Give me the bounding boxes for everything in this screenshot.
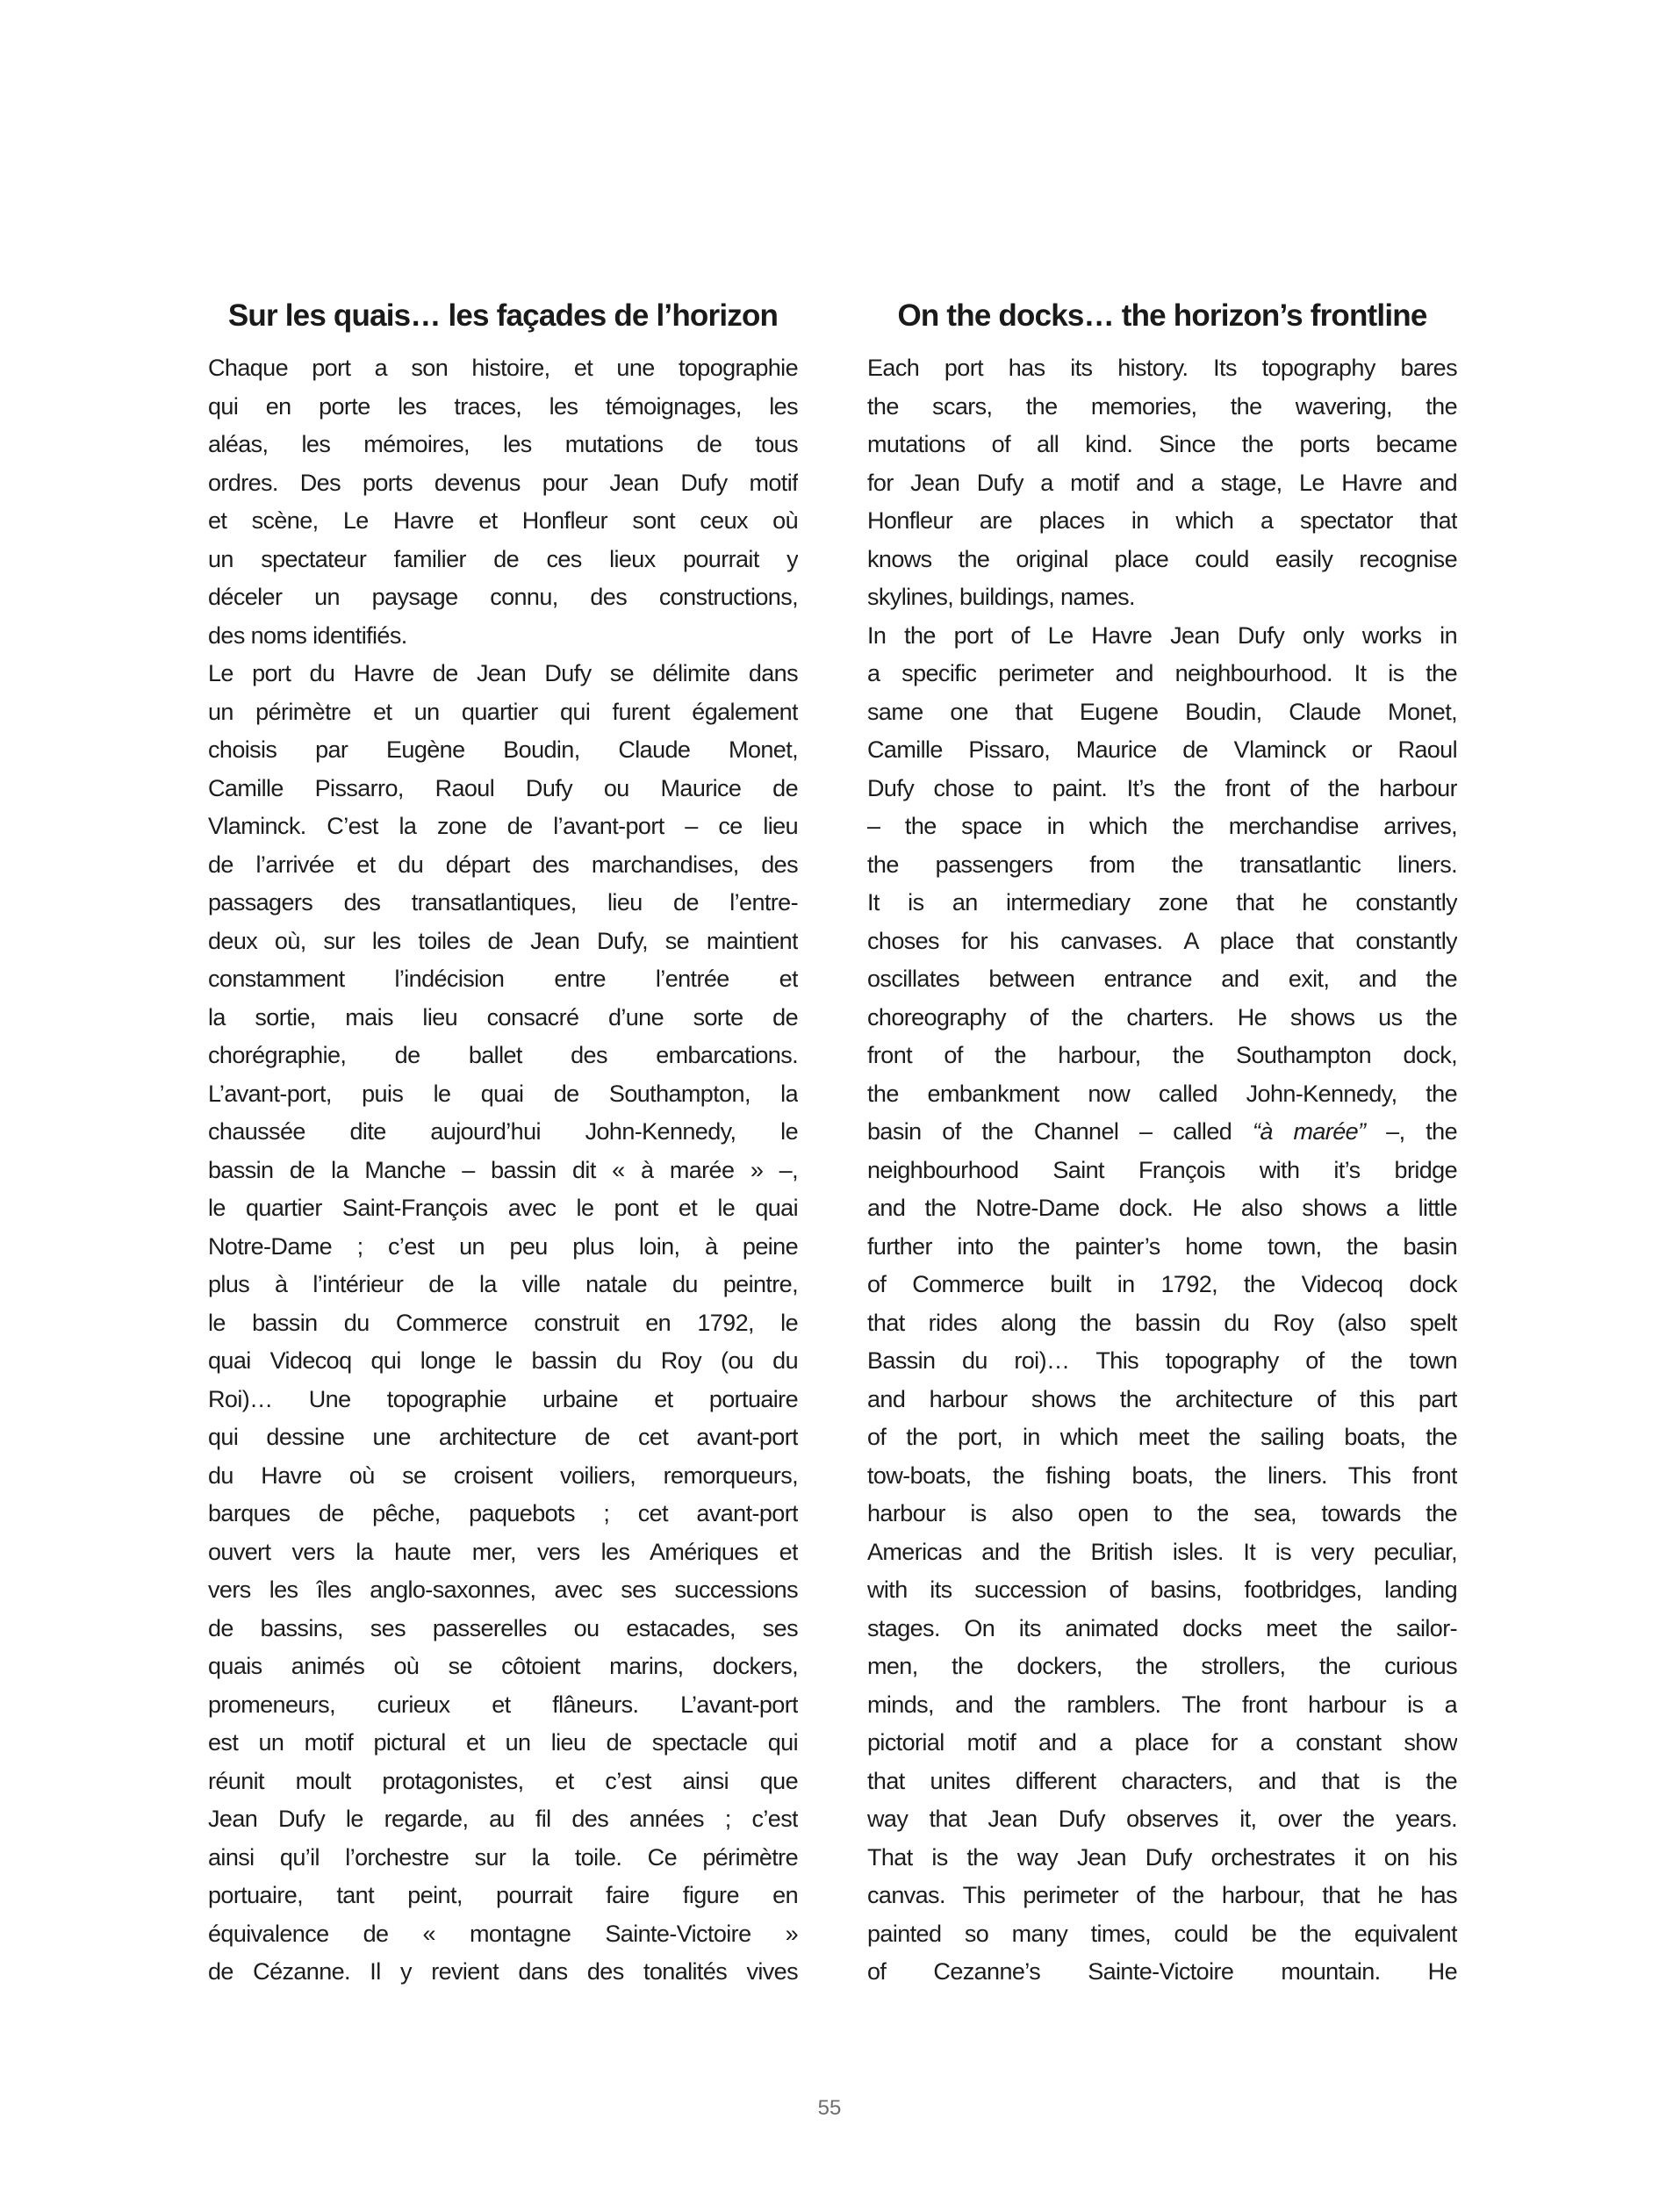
text-line: passagers des transatlantiques, lieu de … [208, 884, 798, 923]
text-line: – the space in which the merchandise arr… [867, 808, 1457, 846]
text-line: the scars, the memories, the wavering, t… [867, 388, 1457, 427]
text-line: mutations of all kind. Since the ports b… [867, 426, 1457, 464]
text-line: équivalence de « montagne Sainte-Victoir… [208, 1915, 798, 1954]
text-line: et scène, Le Havre et Honfleur sont ceux… [208, 502, 798, 541]
text-line: qui dessine une architecture de cet avan… [208, 1418, 798, 1457]
text-line: Camille Pissaro, Maurice de Vlaminck or … [867, 731, 1457, 770]
text-line: neighbourhood Saint François with it’s b… [867, 1152, 1457, 1190]
text-line: chaussée dite aujourd’hui John-Kennedy, … [208, 1113, 798, 1152]
text-line: réunit moult protagonistes, et c’est ain… [208, 1763, 798, 1801]
text-line: way that Jean Dufy observes it, over the… [867, 1800, 1457, 1839]
text-line: basin of the Channel – called “à marée” … [867, 1113, 1457, 1152]
text-line: du Havre où se croisent voiliers, remorq… [208, 1457, 798, 1496]
text-line: Bassin du roi)… This topography of the t… [867, 1342, 1457, 1381]
text-line: Honfleur are places in which a spectator… [867, 502, 1457, 541]
text-line: same one that Eugene Boudin, Claude Mone… [867, 693, 1457, 732]
text-line: ordres. Des ports devenus pour Jean Dufy… [208, 464, 798, 503]
text-line: un spectateur familier de ces lieux pour… [208, 541, 798, 579]
text-line: vers les îles anglo-saxonnes, avec ses s… [208, 1571, 798, 1610]
french-text-column: Chaque port a son histoire, et une topog… [208, 349, 798, 1992]
text-line: Notre-Dame ; c’est un peu plus loin, à p… [208, 1228, 798, 1267]
text-line: déceler un paysage connu, des constructi… [208, 578, 798, 617]
text-line: de bassins, ses passerelles ou estacades… [208, 1610, 798, 1648]
text-line: des noms identifiés. [208, 617, 798, 656]
text-line: deux où, sur les toiles de Jean Dufy, se… [208, 923, 798, 961]
text-line: of the port, in which meet the sailing b… [867, 1418, 1457, 1457]
text-line: plus à l’intérieur de la ville natale du… [208, 1266, 798, 1304]
text-line: barques de pêche, paquebots ; cet avant-… [208, 1495, 798, 1533]
text-line: the passengers from the transatlantic li… [867, 846, 1457, 885]
text-line: le bassin du Commerce construit en 1792,… [208, 1304, 798, 1343]
text-line: L’avant-port, puis le quai de Southampto… [208, 1075, 798, 1114]
text-line: choisis par Eugène Boudin, Claude Monet, [208, 731, 798, 770]
text-line: chorégraphie, de ballet des embarcations… [208, 1037, 798, 1075]
text-line: de l’arrivée et du départ des marchandis… [208, 846, 798, 885]
text-line: pictorial motif and a place for a consta… [867, 1724, 1457, 1763]
text-line: choses for his canvases. A place that co… [867, 923, 1457, 961]
text-line: qui en porte les traces, les témoignages… [208, 388, 798, 427]
french-section-heading: Sur les quais… les façades de l’horizon [208, 294, 798, 338]
text-line: Jean Dufy le regarde, au fil des années … [208, 1800, 798, 1839]
text-line: that unites different characters, and th… [867, 1763, 1457, 1801]
text-line: oscillates between entrance and exit, an… [867, 960, 1457, 999]
text-line: stages. On its animated docks meet the s… [867, 1610, 1457, 1648]
text-line: Roi)… Une topographie urbaine et portuai… [208, 1381, 798, 1419]
text-line: portuaire, tant peint, pourrait faire fi… [208, 1877, 798, 1915]
italic-phrase: “à marée” [1253, 1118, 1366, 1145]
text-line: tow-boats, the fishing boats, the liners… [867, 1457, 1457, 1496]
text-line: le quartier Saint-François avec le pont … [208, 1189, 798, 1228]
page-number: 55 [0, 2096, 1659, 2121]
text-line: choreography of the charters. He shows u… [867, 999, 1457, 1038]
text-line: the embankment now called John-Kennedy, … [867, 1075, 1457, 1114]
text-line: for Jean Dufy a motif and a stage, Le Ha… [867, 464, 1457, 503]
text-line: and the Notre-Dame dock. He also shows a… [867, 1189, 1457, 1228]
text-line: Vlaminck. C’est la zone de l’avant-port … [208, 808, 798, 846]
english-section-heading: On the docks… the horizon’s frontline [867, 294, 1457, 338]
text-line: Americas and the British isles. It is ve… [867, 1533, 1457, 1572]
text-line: Chaque port a son histoire, et une topog… [208, 349, 798, 388]
text-line: bassin de la Manche – bassin dit « à mar… [208, 1152, 798, 1190]
text-line: ouvert vers la haute mer, vers les Améri… [208, 1533, 798, 1572]
text-line: skylines, buildings, names. [867, 578, 1457, 617]
text-line: ainsi qu’il l’orchestre sur la toile. Ce… [208, 1839, 798, 1878]
text-line: quai Videcoq qui longe le bassin du Roy … [208, 1342, 798, 1381]
text-line: constamment l’indécision entre l’entrée … [208, 960, 798, 999]
text-line: front of the harbour, the Southampton do… [867, 1037, 1457, 1075]
text-line: minds, and the ramblers. The front harbo… [867, 1686, 1457, 1725]
text-line: of Cezanne’s Sainte-Victoire mountain. H… [867, 1953, 1457, 1992]
text-line: promeneurs, curieux et flâneurs. L’avant… [208, 1686, 798, 1725]
text-line: further into the painter’s home town, th… [867, 1228, 1457, 1267]
text-line: a specific perimeter and neighbourhood. … [867, 655, 1457, 693]
text-line: It is an intermediary zone that he const… [867, 884, 1457, 923]
text-line: Le port du Havre de Jean Dufy se délimit… [208, 655, 798, 693]
text-line: Each port has its history. Its topograph… [867, 349, 1457, 388]
text-line: Dufy chose to paint. It’s the front of t… [867, 770, 1457, 808]
text-line: de Cézanne. Il y revient dans des tonali… [208, 1953, 798, 1992]
text-line: la sortie, mais lieu consacré d’une sort… [208, 999, 798, 1038]
text-line: men, the dockers, the strollers, the cur… [867, 1648, 1457, 1686]
text-line: canvas. This perimeter of the harbour, t… [867, 1877, 1457, 1915]
text-line: In the port of Le Havre Jean Dufy only w… [867, 617, 1457, 656]
text-line: painted so many times, could be the equi… [867, 1915, 1457, 1954]
text-line: that rides along the bassin du Roy (also… [867, 1304, 1457, 1343]
text-line: un périmètre et un quartier qui furent é… [208, 693, 798, 732]
text-line: and harbour shows the architecture of th… [867, 1381, 1457, 1419]
text-line: with its succession of basins, footbridg… [867, 1571, 1457, 1610]
text-line: knows the original place could easily re… [867, 541, 1457, 579]
text-line: est un motif pictural et un lieu de spec… [208, 1724, 798, 1763]
text-line: Camille Pissarro, Raoul Dufy ou Maurice … [208, 770, 798, 808]
text-line: harbour is also open to the sea, towards… [867, 1495, 1457, 1533]
english-text-column: Each port has its history. Its topograph… [867, 349, 1457, 1992]
text-line: That is the way Jean Dufy orchestrates i… [867, 1839, 1457, 1878]
text-line: of Commerce built in 1792, the Videcoq d… [867, 1266, 1457, 1304]
text-line: aléas, les mémoires, les mutations de to… [208, 426, 798, 464]
text-line: quais animés où se côtoient marins, dock… [208, 1648, 798, 1686]
